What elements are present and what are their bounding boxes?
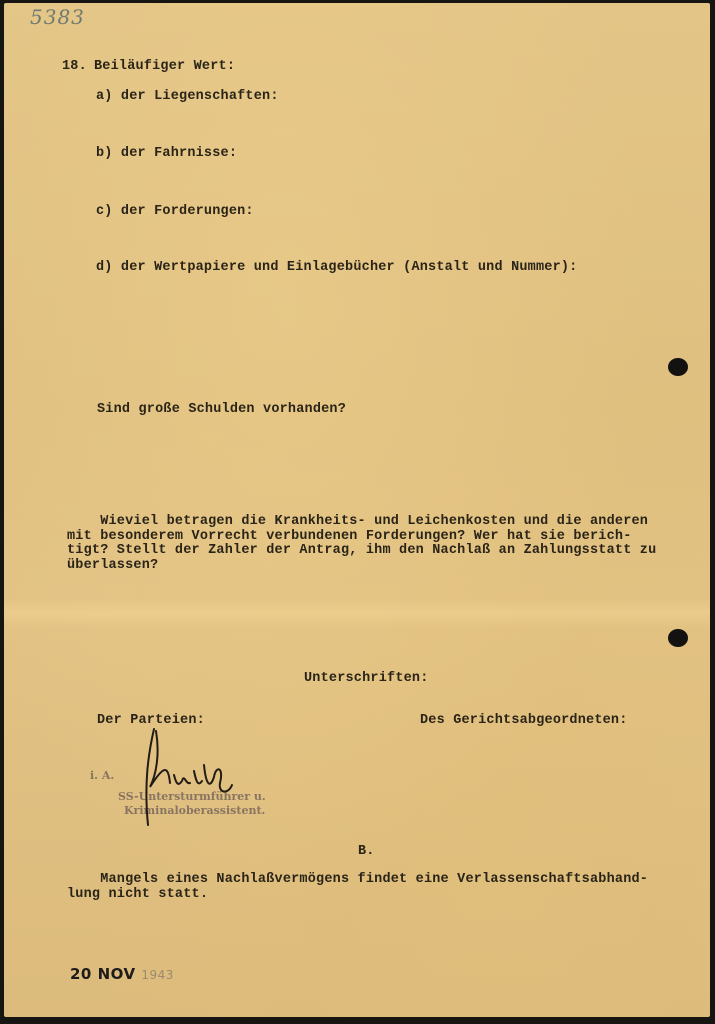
date-stamp-year: 1943 bbox=[141, 968, 174, 982]
item-forderungen: c) der Forderungen: bbox=[96, 204, 254, 219]
archive-number: 5383 bbox=[30, 5, 85, 29]
date-stamp-month: NOV bbox=[98, 965, 136, 983]
question-costs-line: Wieviel betragen die Krankheits- und Lei… bbox=[67, 515, 656, 530]
punch-hole-top bbox=[668, 358, 688, 376]
item-fahrnisse: b) der Fahrnisse: bbox=[96, 146, 237, 161]
section-b-line: Mangels eines Nachlaßvermögens findet ei… bbox=[67, 873, 648, 888]
court-delegate-label: Des Gerichtsabgeordneten: bbox=[420, 713, 628, 728]
question-debts: Sind große Schulden vorhanden? bbox=[97, 402, 346, 417]
section-b-line: lung nicht statt. bbox=[67, 888, 648, 903]
paper-fold bbox=[4, 598, 710, 628]
date-stamp: 20 NOV 1943 bbox=[70, 965, 174, 983]
section-b-heading: B. bbox=[358, 844, 375, 859]
date-stamp-day: 20 bbox=[70, 965, 92, 983]
question-costs-line: mit besonderem Vorrecht verbundenen Ford… bbox=[67, 530, 656, 545]
section-b-paragraph: Mangels eines Nachlaßvermögens findet ei… bbox=[67, 873, 648, 902]
section-18-number: 18. bbox=[62, 59, 87, 74]
signatures-heading: Unterschriften: bbox=[304, 671, 429, 686]
section-18-heading: Beiläufiger Wert: bbox=[94, 59, 235, 74]
item-liegenschaften: a) der Liegenschaften: bbox=[96, 89, 279, 104]
question-costs-paragraph: Wieviel betragen die Krankheits- und Lei… bbox=[67, 515, 656, 573]
question-costs-line: tigt? Stellt der Zahler der Antrag, ihm … bbox=[67, 544, 656, 559]
question-costs-line: überlassen? bbox=[67, 559, 656, 574]
handwritten-signature bbox=[134, 725, 244, 835]
document-page: 5383 18. Beiläufiger Wert: a) der Liegen… bbox=[4, 3, 710, 1017]
item-wertpapiere: d) der Wertpapiere und Einlagebücher (An… bbox=[96, 260, 577, 275]
punch-hole-bottom bbox=[668, 629, 688, 647]
stamp-prefix: i. A. bbox=[90, 769, 114, 782]
